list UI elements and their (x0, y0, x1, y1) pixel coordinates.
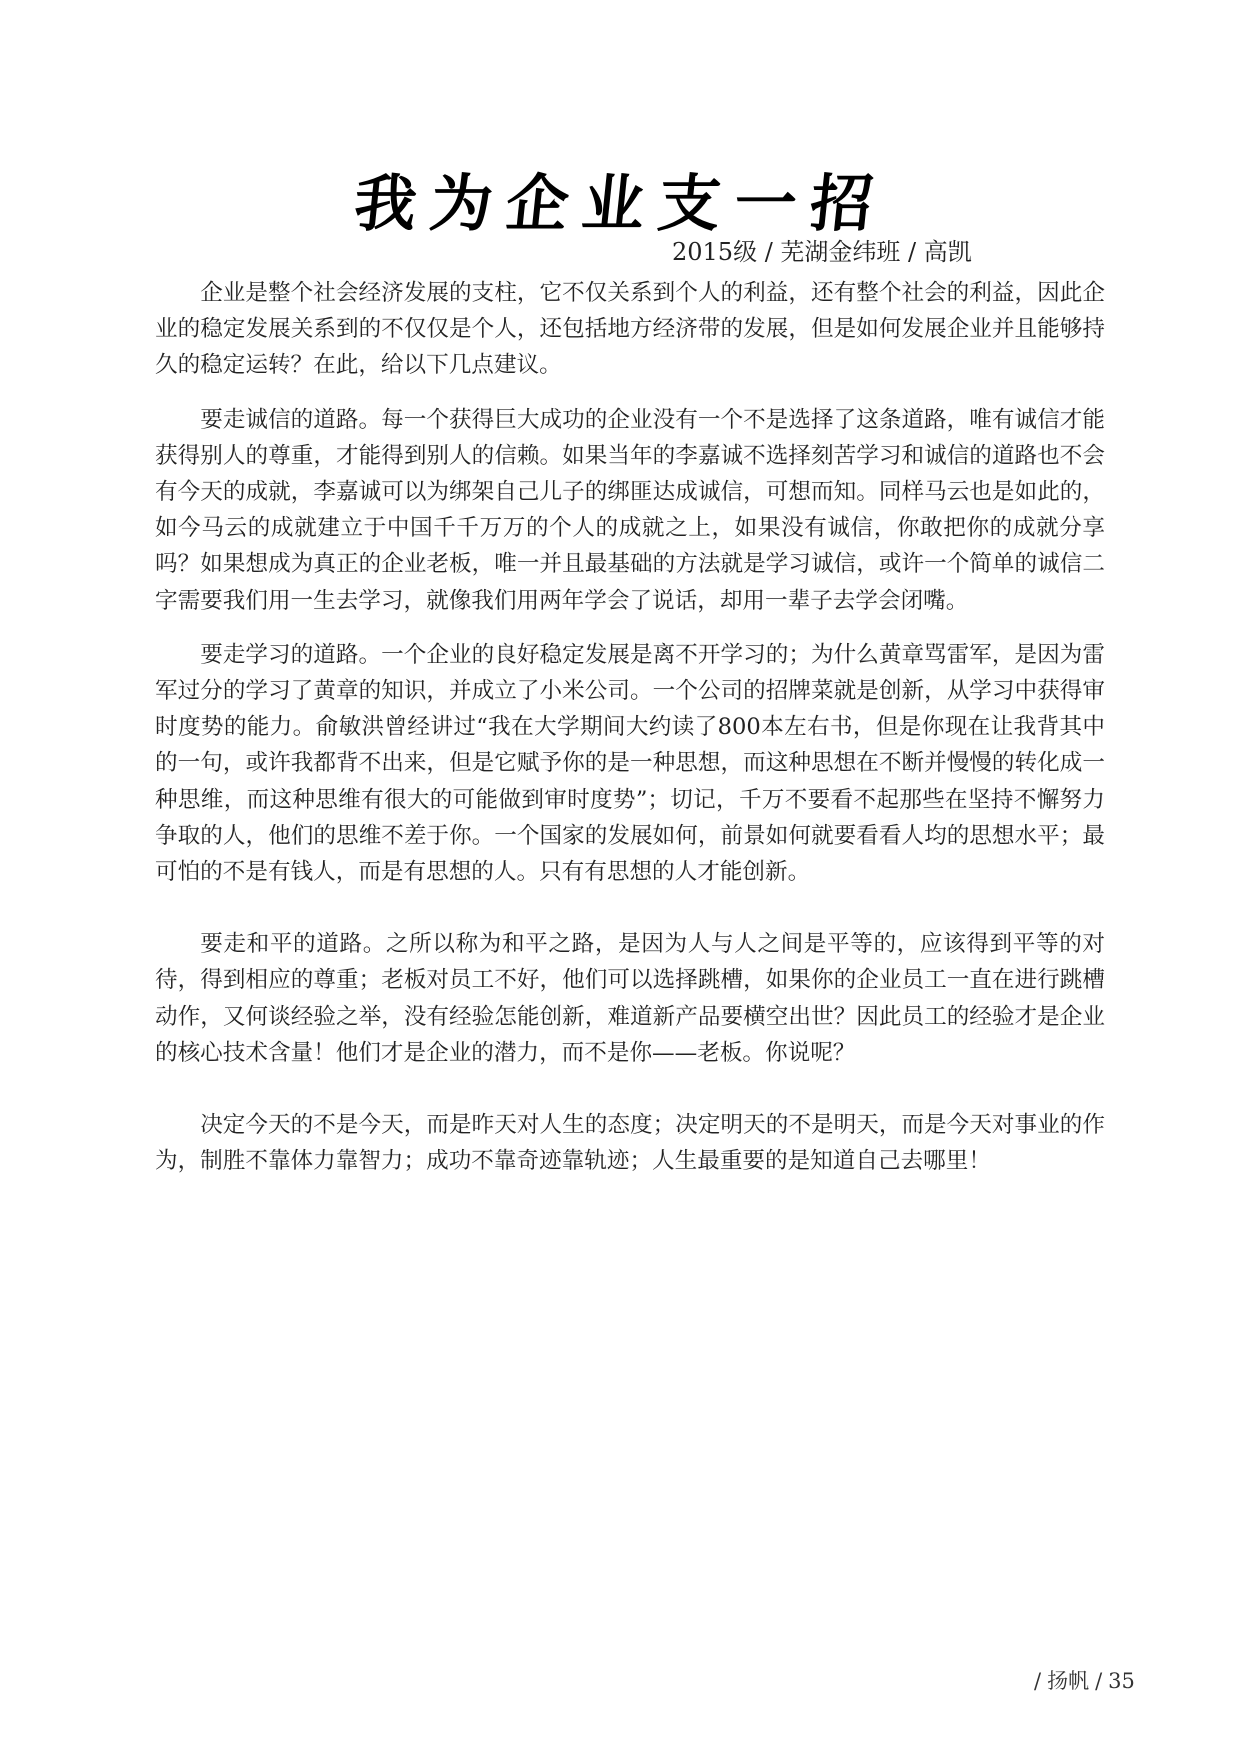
page-title: 我为企业支一招 (0, 164, 1241, 244)
paragraph-peace: 要走和平的道路。之所以称为和平之路，是因为人与人之间是平等的，应该得到平等的对待… (155, 926, 1105, 1071)
footer-separator: / (1095, 1669, 1102, 1693)
footer-separator: / (1034, 1669, 1041, 1693)
publication-name: 扬帆 (1047, 1669, 1089, 1693)
page-footer: /扬帆/35 (1028, 1666, 1135, 1696)
paragraph-conclusion: 决定今天的不是今天，而是昨天对人生的态度；决定明天的不是明天，而是今天对事业的作… (155, 1107, 1105, 1179)
paragraph-intro: 企业是整个社会经济发展的支柱，它不仅关系到个人的利益，还有整个社会的利益，因此企… (155, 275, 1105, 384)
paragraph-learning: 要走学习的道路。一个企业的良好稳定发展是离不开学习的；为什么黄章骂雷军，是因为雷… (155, 637, 1105, 890)
page-number: 35 (1108, 1669, 1135, 1693)
author-byline: 2015级 / 芜湖金纬班 / 高凯 (672, 236, 972, 268)
paragraph-integrity: 要走诚信的道路。每一个获得巨大成功的企业没有一个不是选择了这条道路，唯有诚信才能… (155, 402, 1105, 619)
article-body: 企业是整个社会经济发展的支柱，它不仅关系到个人的利益，还有整个社会的利益，因此企… (155, 275, 1105, 1179)
